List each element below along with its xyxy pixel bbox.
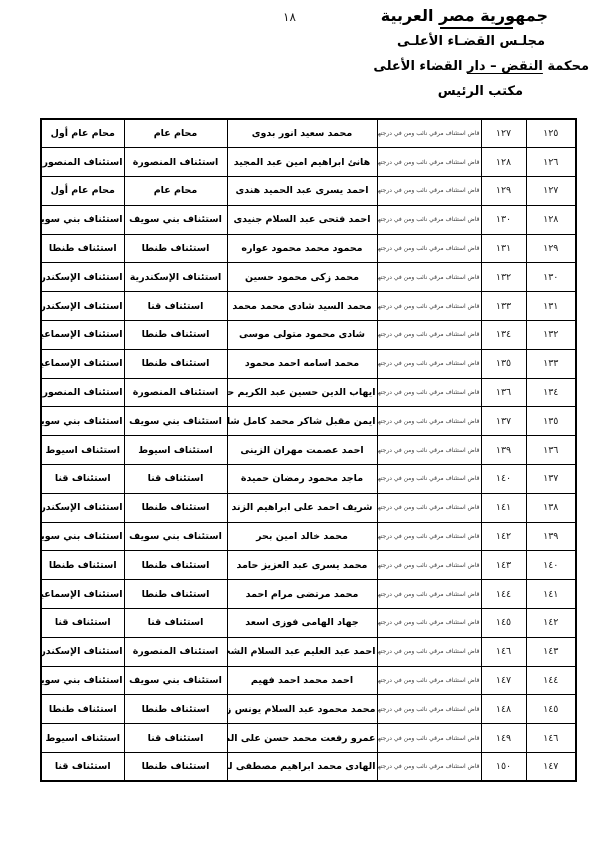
rank-title-cell: قاض استئناف مرقي نائب ومن في درجتهم — [377, 349, 481, 378]
judge-name-cell: احمد عبد العليم عبد السلام الشحات — [227, 637, 377, 666]
rank-title-cell: قاض استئناف مرقي نائب ومن في درجتهم — [377, 609, 481, 638]
serial-number-cell: ١٣٨ — [526, 493, 576, 522]
court-left-cell: استئناف الإسماعيلية — [41, 321, 124, 350]
rank-title-cell: قاض استئناف مرقي نائب ومن في درجتهم — [377, 407, 481, 436]
serial-number-cell: ١٢٥ — [526, 119, 576, 148]
secondary-number-cell: ١٣٥ — [481, 349, 526, 378]
logo-underline — [440, 27, 513, 29]
court-middle-cell: استئناف بني سويف — [124, 666, 227, 695]
judge-name-cell: محمد زكى محمود حسين — [227, 263, 377, 292]
court-middle-cell: استئناف طنطا — [124, 551, 227, 580]
judge-name-cell: هانئ ابراهيم امين عبد المجيد — [227, 148, 377, 177]
secondary-number-cell: ١٢٧ — [481, 119, 526, 148]
court-left-cell: استئناف بني سويف — [41, 666, 124, 695]
court-title-suffix: القضاء الأعلى — [373, 59, 467, 74]
rank-title-cell: قاض استئناف مرقي نائب ومن في درجتهم — [377, 436, 481, 465]
secondary-number-cell: ١٣٩ — [481, 436, 526, 465]
court-left-cell: استئناف الإسماعيلية — [41, 580, 124, 609]
table-row: ١٤٧ ١٥٠ قاض استئناف مرقي نائب ومن في درج… — [41, 753, 576, 782]
court-title-underlined: النقض – دار — [467, 59, 543, 74]
table-row: ١٣٦ ١٣٩ قاض استئناف مرقي نائب ومن في درج… — [41, 436, 576, 465]
rank-title-cell: قاض استئناف مرقي نائب ومن في درجتهم — [377, 148, 481, 177]
court-left-cell: استئناف الإسكندرية — [41, 493, 124, 522]
supreme-judicial-council-title: مجلـس القضـاء الأعلـى — [397, 34, 545, 49]
serial-number-cell: ١٤٢ — [526, 609, 576, 638]
court-left-cell: استئناف الإسكندرية — [41, 292, 124, 321]
court-middle-cell: استئناف قنا — [124, 292, 227, 321]
table-row: ١٣٢ ١٣٤ قاض استئناف مرقي نائب ومن في درج… — [41, 321, 576, 350]
court-left-cell: استئناف الإسكندرية — [41, 263, 124, 292]
document-page: جمهورية مصر العربية ١٨ مجلـس القضـاء الأ… — [0, 0, 595, 842]
court-left-cell: محام عام أول — [41, 119, 124, 148]
court-left-cell: استئناف الإسماعيلية — [41, 349, 124, 378]
serial-number-cell: ١٤٥ — [526, 695, 576, 724]
secondary-number-cell: ١٥٠ — [481, 753, 526, 782]
serial-number-cell: ١٢٩ — [526, 234, 576, 263]
rank-title-cell: قاض استئناف مرقي نائب ومن في درجتهم — [377, 321, 481, 350]
table-row: ١٢٧ ١٢٩ قاض استئناف مرقي نائب ومن في درج… — [41, 177, 576, 206]
table-row: ١٣٨ ١٤١ قاض استئناف مرقي نائب ومن في درج… — [41, 493, 576, 522]
court-middle-cell: استئناف طنطا — [124, 580, 227, 609]
secondary-number-cell: ١٣٢ — [481, 263, 526, 292]
table-row: ١٢٥ ١٢٧ قاض استئناف مرقي نائب ومن في درج… — [41, 119, 576, 148]
judge-name-cell: شادى محمود متولى موسى — [227, 321, 377, 350]
table-row: ١٣٥ ١٣٧ قاض استئناف مرقي نائب ومن في درج… — [41, 407, 576, 436]
rank-title-cell: قاض استئناف مرقي نائب ومن في درجتهم — [377, 637, 481, 666]
court-left-cell: استئناف طنطا — [41, 551, 124, 580]
table-row: ١٣٤ ١٣٦ قاض استئناف مرقي نائب ومن في درج… — [41, 378, 576, 407]
court-left-cell: استئناف المنصورة — [41, 148, 124, 177]
court-middle-cell: استئناف قنا — [124, 465, 227, 494]
secondary-number-cell: ١٤٥ — [481, 609, 526, 638]
rank-title-cell: قاض استئناف مرقي نائب ومن في درجتهم — [377, 522, 481, 551]
judge-name-cell: احمد فتحى عبد السلام جنيدى — [227, 205, 377, 234]
court-middle-cell: استئناف بني سويف — [124, 522, 227, 551]
serial-number-cell: ١٣٠ — [526, 263, 576, 292]
court-middle-cell: استئناف قنا — [124, 724, 227, 753]
secondary-number-cell: ١٣٣ — [481, 292, 526, 321]
court-middle-cell: استئناف اسيوط — [124, 436, 227, 465]
judges-promotion-table: ١٢٥ ١٢٧ قاض استئناف مرقي نائب ومن في درج… — [40, 118, 577, 782]
court-left-cell: استئناف الإسكندرية — [41, 637, 124, 666]
court-middle-cell: استئناف طنطا — [124, 753, 227, 782]
table-row: ١٢٩ ١٣١ قاض استئناف مرقي نائب ومن في درج… — [41, 234, 576, 263]
table-row: ١٤٤ ١٤٧ قاض استئناف مرقي نائب ومن في درج… — [41, 666, 576, 695]
secondary-number-cell: ١٢٨ — [481, 148, 526, 177]
table-row: ١٣٩ ١٤٢ قاض استئناف مرقي نائب ومن في درج… — [41, 522, 576, 551]
court-left-cell: استئناف المنصورة — [41, 378, 124, 407]
court-middle-cell: استئناف طنطا — [124, 493, 227, 522]
court-middle-cell: استئناف طنطا — [124, 349, 227, 378]
serial-number-cell: ١٣٢ — [526, 321, 576, 350]
judge-name-cell: محمد خالد امين بحر — [227, 522, 377, 551]
table-row: ١٤٦ ١٤٩ قاض استئناف مرقي نائب ومن في درج… — [41, 724, 576, 753]
serial-number-cell: ١٣٥ — [526, 407, 576, 436]
rank-title-cell: قاض استئناف مرقي نائب ومن في درجتهم — [377, 551, 481, 580]
court-middle-cell: محام عام — [124, 177, 227, 206]
secondary-number-cell: ١٤٦ — [481, 637, 526, 666]
table-row: ١٢٨ ١٣٠ قاض استئناف مرقي نائب ومن في درج… — [41, 205, 576, 234]
serial-number-cell: ١٣٦ — [526, 436, 576, 465]
serial-number-cell: ١٢٧ — [526, 177, 576, 206]
rank-title-cell: قاض استئناف مرقي نائب ومن في درجتهم — [377, 666, 481, 695]
rank-title-cell: قاض استئناف مرقي نائب ومن في درجتهم — [377, 465, 481, 494]
court-left-cell: استئناف طنطا — [41, 695, 124, 724]
court-middle-cell: استئناف طنطا — [124, 321, 227, 350]
secondary-number-cell: ١٤١ — [481, 493, 526, 522]
secondary-number-cell: ١٣١ — [481, 234, 526, 263]
judge-name-cell: محمد مرتضى مرام احمد — [227, 580, 377, 609]
serial-number-cell: ١٤٤ — [526, 666, 576, 695]
rank-title-cell: قاض استئناف مرقي نائب ومن في درجتهم — [377, 695, 481, 724]
table-row: ١٤٠ ١٤٣ قاض استئناف مرقي نائب ومن في درج… — [41, 551, 576, 580]
court-left-cell: استئناف بني سويف — [41, 407, 124, 436]
judge-name-cell: عمرو رفعت محمد حسن على المليجى — [227, 724, 377, 753]
secondary-number-cell: ١٤٠ — [481, 465, 526, 494]
table-row: ١٣٧ ١٤٠ قاض استئناف مرقي نائب ومن في درج… — [41, 465, 576, 494]
court-left-cell: استئناف اسيوط — [41, 724, 124, 753]
rank-title-cell: قاض استئناف مرقي نائب ومن في درجتهم — [377, 378, 481, 407]
judge-name-cell: جهاد الهامى فوزى اسعد — [227, 609, 377, 638]
secondary-number-cell: ١٣٤ — [481, 321, 526, 350]
secondary-number-cell: ١٤٢ — [481, 522, 526, 551]
court-left-cell: استئناف طنطا — [41, 234, 124, 263]
table-row: ١٣١ ١٣٣ قاض استئناف مرقي نائب ومن في درج… — [41, 292, 576, 321]
rank-title-cell: قاض استئناف مرقي نائب ومن في درجتهم — [377, 263, 481, 292]
rank-title-cell: قاض استئناف مرقي نائب ومن في درجتهم — [377, 580, 481, 609]
rank-title-cell: قاض استئناف مرقي نائب ومن في درجتهم — [377, 292, 481, 321]
judge-name-cell: محمود محمد محمود عواره — [227, 234, 377, 263]
rank-title-cell: قاض استئناف مرقي نائب ومن في درجتهم — [377, 493, 481, 522]
judge-name-cell: محمد يسرى عبد العزيز حامد — [227, 551, 377, 580]
judge-name-cell: محمد اسامه احمد محمود — [227, 349, 377, 378]
page-number: ١٨ — [283, 10, 296, 24]
court-middle-cell: استئناف المنصورة — [124, 378, 227, 407]
court-middle-cell: استئناف المنصورة — [124, 637, 227, 666]
secondary-number-cell: ١٤٤ — [481, 580, 526, 609]
serial-number-cell: ١٤١ — [526, 580, 576, 609]
court-left-cell: استئناف قنا — [41, 753, 124, 782]
secondary-number-cell: ١٤٩ — [481, 724, 526, 753]
court-left-cell: استئناف بني سويف — [41, 522, 124, 551]
court-title-prefix: محكمة — [543, 59, 589, 74]
serial-number-cell: ١٤٦ — [526, 724, 576, 753]
court-middle-cell: استئناف بني سويف — [124, 407, 227, 436]
table-row: ١٤٥ ١٤٨ قاض استئناف مرقي نائب ومن في درج… — [41, 695, 576, 724]
court-middle-cell: استئناف طنطا — [124, 234, 227, 263]
serial-number-cell: ١٣٣ — [526, 349, 576, 378]
judge-name-cell: الهادى محمد ابراهيم مصطفى لطفى ابراهيم — [227, 753, 377, 782]
serial-number-cell: ١٤٣ — [526, 637, 576, 666]
serial-number-cell: ١٢٨ — [526, 205, 576, 234]
court-middle-cell: محام عام — [124, 119, 227, 148]
serial-number-cell: ١٣٧ — [526, 465, 576, 494]
secondary-number-cell: ١٣٧ — [481, 407, 526, 436]
president-office-title: مكتب الرئيس — [438, 84, 523, 99]
serial-number-cell: ١٣٤ — [526, 378, 576, 407]
court-left-cell: استئناف اسيوط — [41, 436, 124, 465]
judge-name-cell: شريف احمد على ابراهيم الزند — [227, 493, 377, 522]
court-middle-cell: استئناف طنطا — [124, 695, 227, 724]
secondary-number-cell: ١٤٧ — [481, 666, 526, 695]
table-row: ١٤٣ ١٤٦ قاض استئناف مرقي نائب ومن في درج… — [41, 637, 576, 666]
judge-name-cell: ماجد محمود رمضان حميدة — [227, 465, 377, 494]
serial-number-cell: ١٣٩ — [526, 522, 576, 551]
secondary-number-cell: ١٤٨ — [481, 695, 526, 724]
judge-name-cell: ايهاب الدين حسين عبد الكريم حسين — [227, 378, 377, 407]
rank-title-cell: قاض استئناف مرقي نائب ومن في درجتهم — [377, 205, 481, 234]
court-middle-cell: استئناف قنا — [124, 609, 227, 638]
judge-name-cell: محمد سعيد انور بدوى — [227, 119, 377, 148]
serial-number-cell: ١٤٧ — [526, 753, 576, 782]
secondary-number-cell: ١٢٩ — [481, 177, 526, 206]
court-left-cell: استئناف بني سويف — [41, 205, 124, 234]
table-row: ١٤١ ١٤٤ قاض استئناف مرقي نائب ومن في درج… — [41, 580, 576, 609]
secondary-number-cell: ١٤٣ — [481, 551, 526, 580]
judge-name-cell: محمد محمود عبد السلام يونس زايد — [227, 695, 377, 724]
secondary-number-cell: ١٣٠ — [481, 205, 526, 234]
court-middle-cell: استئناف المنصورة — [124, 148, 227, 177]
rank-title-cell: قاض استئناف مرقي نائب ومن في درجتهم — [377, 234, 481, 263]
serial-number-cell: ١٣١ — [526, 292, 576, 321]
court-left-cell: محام عام أول — [41, 177, 124, 206]
rank-title-cell: قاض استئناف مرقي نائب ومن في درجتهم — [377, 119, 481, 148]
secondary-number-cell: ١٣٦ — [481, 378, 526, 407]
court-left-cell: استئناف قنا — [41, 609, 124, 638]
rank-title-cell: قاض استئناف مرقي نائب ومن في درجتهم — [377, 724, 481, 753]
court-left-cell: استئناف قنا — [41, 465, 124, 494]
judge-name-cell: احمد محمد احمد فهيم — [227, 666, 377, 695]
table-row: ١٣٠ ١٣٢ قاض استئناف مرقي نائب ومن في درج… — [41, 263, 576, 292]
table-row: ١٣٣ ١٣٥ قاض استئناف مرقي نائب ومن في درج… — [41, 349, 576, 378]
serial-number-cell: ١٢٦ — [526, 148, 576, 177]
court-of-cassation-title: محكمة النقض – دار القضاء الأعلى — [373, 59, 589, 74]
table-row: ١٤٢ ١٤٥ قاض استئناف مرقي نائب ومن في درج… — [41, 609, 576, 638]
judges-table-body: ١٢٥ ١٢٧ قاض استئناف مرقي نائب ومن في درج… — [41, 119, 576, 781]
judge-name-cell: احمد يسرى عبد الحميد هندى — [227, 177, 377, 206]
table-row: ١٢٦ ١٢٨ قاض استئناف مرقي نائب ومن في درج… — [41, 148, 576, 177]
court-middle-cell: استئناف الإسكندرية — [124, 263, 227, 292]
judge-name-cell: محمد السيد شادى محمد محمد — [227, 292, 377, 321]
judge-name-cell: احمد عصمت مهران الزينى — [227, 436, 377, 465]
serial-number-cell: ١٤٠ — [526, 551, 576, 580]
court-middle-cell: استئناف بني سويف — [124, 205, 227, 234]
judge-name-cell: ايمن مقبل شاكر محمد كامل شاكر — [227, 407, 377, 436]
rank-title-cell: قاض استئناف مرقي نائب ومن في درجتهم — [377, 177, 481, 206]
republic-of-egypt-logo-text: جمهورية مصر العربية — [381, 6, 548, 25]
rank-title-cell: قاض استئناف مرقي نائب ومن في درجتهم — [377, 753, 481, 782]
